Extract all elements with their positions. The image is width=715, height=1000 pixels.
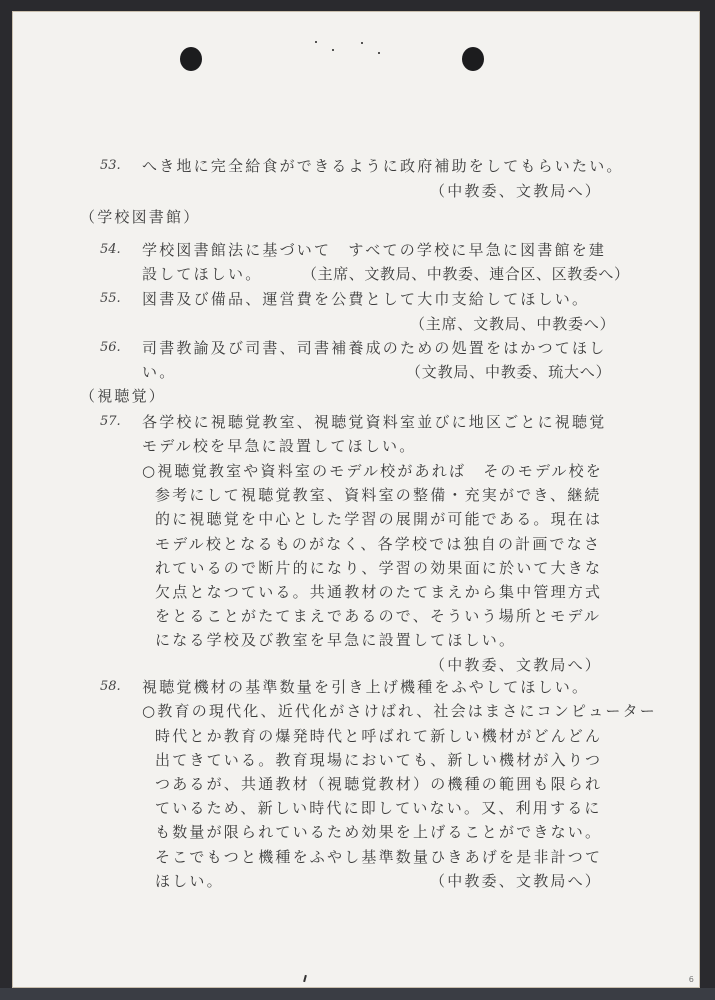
item-number: 58. [100, 679, 121, 694]
note-text: も数量が限られているため効果を上げることができない。 [155, 822, 602, 842]
item-text: 視聴覚機材の基準数量を引き上げ機種をふやしてほしい。 [142, 677, 589, 697]
item-reference: （中教委、文教局へ） [430, 655, 602, 675]
item-reference: （中教委、文教局へ） [430, 871, 602, 891]
section-heading: （学校図書館） [80, 207, 200, 227]
note-text: になる学校及び教室を早急に設置してほしい。 [155, 630, 516, 650]
note-text: そこでもつと機種をふやし基準数量ひきあげを是非計つて [155, 847, 602, 867]
item-number: 53. [100, 158, 121, 173]
item-text: 各学校に視聴覚教室、視聴覚資料室並びに地区ごとに視聴覚 [142, 412, 606, 432]
section-heading: （視聴覚） [80, 386, 166, 406]
note-text: れているので断片的になり、学習の効果面に於いて大きな [155, 558, 602, 578]
note-text: 時代とか教育の爆発時代と呼ばれて新しい機材がどんどん [155, 726, 602, 746]
item-text: 図書及び備品、運営費を公費として大巾支給してほしい。 [142, 289, 589, 309]
note-text: をとることがたてまえであるので、そういう場所とモデル [155, 606, 601, 626]
item-text: 学校図書館法に基づいて すべての学校に早急に図書館を建 [142, 240, 606, 260]
scanner-background [0, 988, 715, 1000]
item-text: 司書教諭及び司書、司書補養成のための処置をはかつてほし [142, 338, 606, 358]
note-text: ているため、新しい時代に即していない。又、利用するに [155, 798, 602, 818]
ink-mark [303, 975, 307, 982]
item-text: へき地に完全給食ができるように政府補助をしてもらいたい。 [142, 156, 624, 176]
item-text: モデル校を早急に設置してほしい。 [142, 436, 416, 456]
item-reference: （中教委、文教局へ） [430, 181, 602, 201]
item-text: 設してほしい。 [142, 264, 262, 284]
item-text: い。 [142, 362, 176, 382]
note-text: ○視聴覚教室や資料室のモデル校があれば そのモデル校を [142, 461, 603, 481]
item-reference: （文教局、中教委、琉大へ） [406, 362, 611, 382]
document-body: 53. へき地に完全給食ができるように政府補助をしてもらいたい。 （中教委、文教… [12, 11, 700, 988]
item-reference: （主席、文教局、中教委へ） [410, 314, 615, 334]
note-text: ○教育の現代化、近代化がさけばれ、社会はまさにコンピューター [142, 701, 657, 721]
note-text: 的に視聴覚を中心とした学習の展開が可能である。現在は [155, 509, 602, 529]
note-text: ほしい。 [155, 871, 224, 891]
page-number: 6 [689, 975, 696, 984]
item-number: 55. [100, 291, 121, 306]
document-page: 53. へき地に完全給食ができるように政府補助をしてもらいたい。 （中教委、文教… [12, 11, 700, 988]
note-text: 参考にして視聴覚教室、資料室の整備・充実ができ、継続 [155, 485, 602, 505]
item-reference: （主席、文教局、中教委、連合区、区教委へ） [302, 264, 630, 284]
note-text: 欠点となつている。共通教材のたてまえから集中管理方式 [155, 582, 602, 602]
item-number: 57. [100, 414, 121, 429]
note-text: 出てきている。教育現場においても、新しい機材が入りつ [155, 750, 602, 770]
note-text: つあるが、共通教材（視聴覚教材）の機種の範囲も限られ [155, 774, 602, 794]
note-text: モデル校となるものがなく、各学校では独自の計画でなさ [155, 534, 601, 554]
item-number: 54. [100, 242, 121, 257]
item-number: 56. [100, 340, 121, 355]
